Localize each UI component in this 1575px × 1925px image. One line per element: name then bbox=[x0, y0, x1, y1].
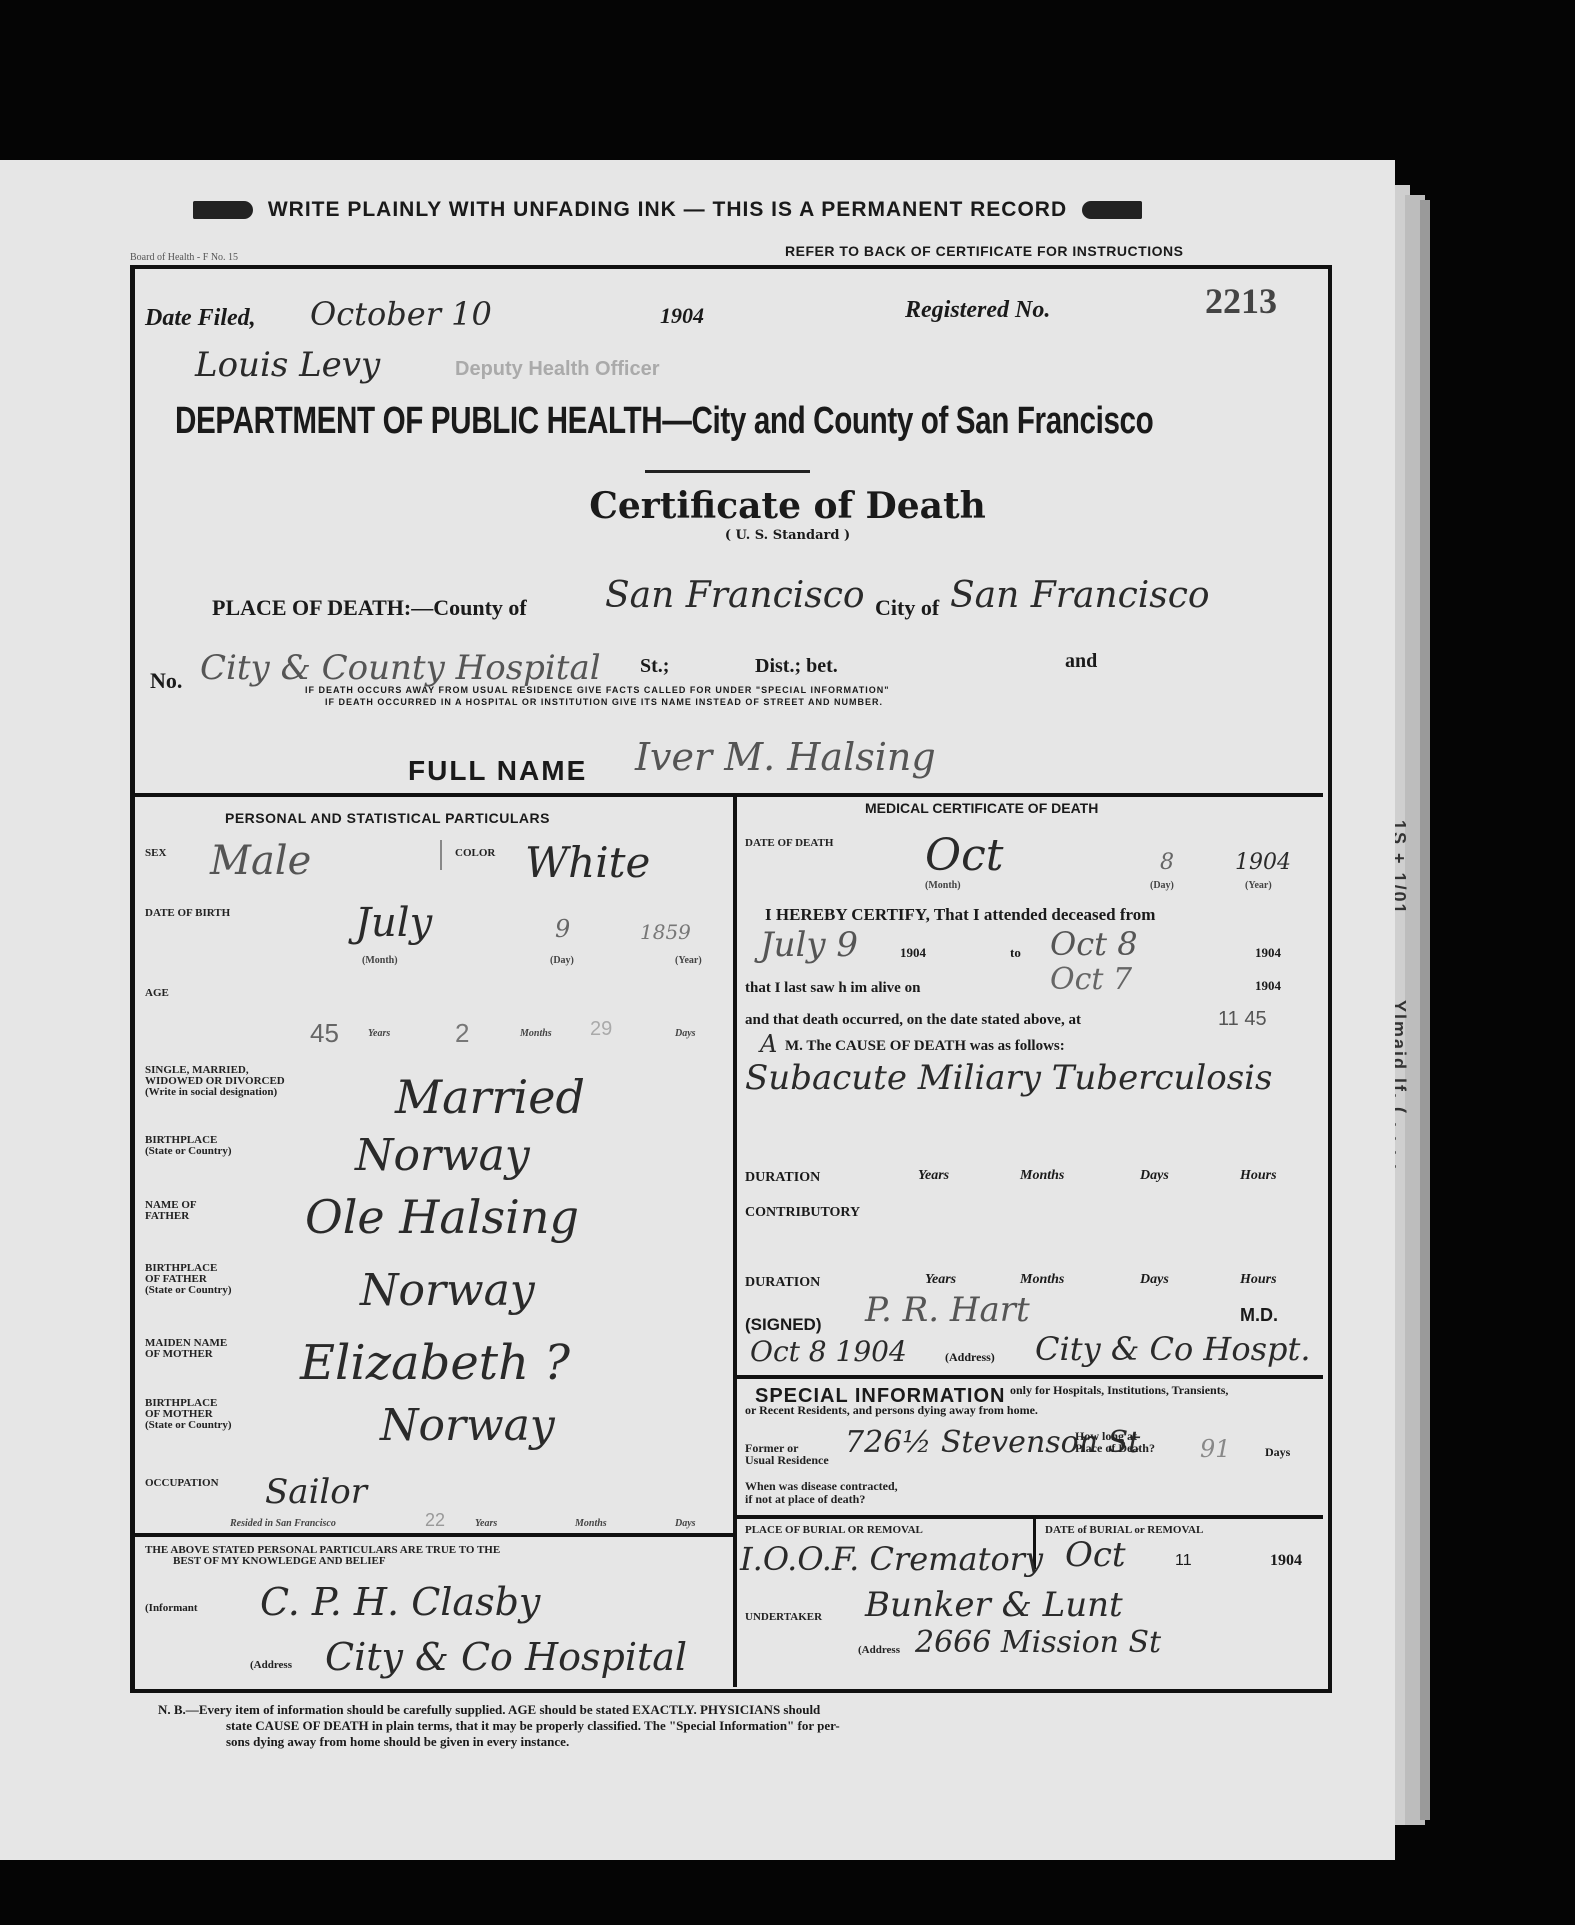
birthplace-label-line: (State or Country) bbox=[145, 1146, 232, 1157]
label-line: Place of Death? bbox=[1075, 1442, 1155, 1454]
duration-hours-label-2: Hours bbox=[1240, 1272, 1277, 1288]
physician-address-label: (Address) bbox=[945, 1350, 995, 1365]
attended-to-year: 1904 bbox=[1255, 945, 1281, 961]
burial-day: 11 bbox=[1175, 1552, 1192, 1570]
to-label: to bbox=[1010, 945, 1021, 961]
last-saw-text: that I last saw h im alive on bbox=[745, 980, 920, 997]
form-number: Board of Health - F No. 15 bbox=[130, 252, 238, 263]
mother-birthplace-label: BIRTHPLACE OF MOTHER (State or Country) bbox=[145, 1398, 232, 1431]
no-label: No. bbox=[150, 668, 182, 694]
pointing-hand-icon bbox=[193, 201, 253, 219]
st-label: St.; bbox=[640, 655, 669, 678]
footnote: N. B.—Every item of information should b… bbox=[158, 1702, 1228, 1750]
full-name-label: FULL NAME bbox=[408, 755, 587, 787]
age-years-label: Years bbox=[368, 1028, 390, 1039]
marital-value: Married bbox=[395, 1070, 585, 1124]
marital-label: SINGLE, MARRIED, WIDOWED OR DIVORCED (Wr… bbox=[145, 1065, 285, 1098]
sex-label: SEX bbox=[145, 848, 166, 859]
label-line: (State or Country) bbox=[145, 1285, 232, 1296]
physician-signature: P. R. Hart bbox=[865, 1290, 1030, 1330]
duration-years-label: Years bbox=[918, 1168, 949, 1184]
mother-value: Elizabeth ? bbox=[300, 1335, 570, 1391]
medical-heading: MEDICAL CERTIFICATE OF DEATH bbox=[865, 800, 1098, 816]
footnote-line: sons dying away from home should be give… bbox=[158, 1734, 1228, 1750]
informant-address-label: (Address bbox=[250, 1660, 292, 1671]
sex-value: Male bbox=[210, 838, 311, 884]
occupation-value: Sailor bbox=[265, 1472, 367, 1512]
section-divider bbox=[135, 793, 1323, 797]
mother-birthplace-value: Norway bbox=[380, 1400, 555, 1451]
officer-title: Deputy Health Officer bbox=[455, 358, 659, 381]
date-filed-month-day: October 10 bbox=[310, 295, 492, 333]
undertaker-label: UNDERTAKER bbox=[745, 1612, 822, 1623]
dob-label: DATE OF BIRTH bbox=[145, 908, 230, 919]
divider bbox=[645, 470, 810, 473]
death-time-text: and that death occurred, on the date sta… bbox=[745, 1012, 1081, 1029]
death-year-label: (Year) bbox=[1245, 880, 1272, 891]
dob-month-label: (Month) bbox=[362, 955, 398, 966]
informant-statement: THE ABOVE STATED PERSONAL PARTICULARS AR… bbox=[145, 1545, 500, 1567]
father-birthplace-label: BIRTHPLACE OF FATHER (State or Country) bbox=[145, 1263, 232, 1296]
informant-label: (Informant bbox=[145, 1603, 198, 1614]
city-label: City of bbox=[875, 595, 939, 621]
death-day: 8 bbox=[1160, 850, 1174, 875]
county-value: San Francisco bbox=[605, 575, 865, 616]
city-value: San Francisco bbox=[950, 575, 1210, 616]
resided-years: 22 bbox=[425, 1510, 445, 1531]
footnote-prefix: N. B.— bbox=[158, 1702, 199, 1717]
meridian: A bbox=[760, 1030, 777, 1058]
personal-heading: PERSONAL AND STATISTICAL PARTICULARS bbox=[225, 810, 550, 826]
special-heading-note: only for Hospitals, Institutions, Transi… bbox=[1010, 1383, 1228, 1398]
age-days-label: Days bbox=[675, 1028, 696, 1039]
informant-address: City & Co Hospital bbox=[325, 1635, 687, 1679]
duration-label: DURATION bbox=[745, 1170, 820, 1186]
footnote-line: N. B.—Every item of information should b… bbox=[158, 1702, 1228, 1718]
color-label: COLOR bbox=[455, 848, 495, 859]
banner-text: WRITE PLAINLY WITH UNFADING INK — THIS I… bbox=[268, 198, 1067, 221]
birthplace-value: Norway bbox=[355, 1130, 530, 1181]
duration-hours-label: Hours bbox=[1240, 1168, 1277, 1184]
signed-label: (SIGNED) bbox=[745, 1315, 822, 1335]
divider bbox=[135, 1533, 735, 1537]
duration-months-label: Months bbox=[1020, 1168, 1064, 1184]
footnote-text: Every item of information should be care… bbox=[199, 1702, 820, 1717]
certify-text: I HEREBY CERTIFY, That I attended deceas… bbox=[765, 905, 1155, 925]
age-years: 45 bbox=[310, 1018, 339, 1049]
instructions-note: REFER TO BACK OF CERTIFICATE FOR INSTRUC… bbox=[785, 243, 1183, 259]
resided-years-label: Years bbox=[475, 1518, 497, 1529]
full-name-value: Iver M. Halsing bbox=[635, 735, 936, 779]
dob-year: 1859 bbox=[640, 920, 691, 944]
burial-month: Oct bbox=[1065, 1535, 1126, 1575]
certificate-title: Certificate of Death bbox=[0, 485, 1575, 527]
resided-months-label: Months bbox=[575, 1518, 607, 1529]
dob-day: 9 bbox=[555, 915, 570, 943]
place-of-death-label: PLACE OF DEATH:—County of bbox=[212, 595, 527, 621]
last-saw-year: 1904 bbox=[1255, 978, 1281, 994]
undertaker-address: 2666 Mission St bbox=[915, 1625, 1161, 1660]
certificate-subtitle: ( U. S. Standard ) bbox=[0, 528, 1575, 543]
residence-label: Former or Usual Residence bbox=[745, 1442, 829, 1466]
age-days: 29 bbox=[590, 1018, 612, 1041]
signed-date: Oct 8 1904 bbox=[750, 1335, 907, 1368]
death-day-label: (Day) bbox=[1150, 880, 1174, 891]
attended-from: July 9 bbox=[760, 925, 858, 965]
mother-label: MAIDEN NAME OF MOTHER bbox=[145, 1338, 227, 1360]
footnote-line: state CAUSE OF DEATH in plain terms, tha… bbox=[158, 1718, 1228, 1734]
father-label: NAME OF FATHER bbox=[145, 1200, 197, 1222]
label-line: Usual Residence bbox=[745, 1454, 829, 1466]
cause-value: Subacute Miliary Tuberculosis bbox=[745, 1058, 1273, 1098]
father-label-line: FATHER bbox=[145, 1211, 197, 1222]
contracted-label: When was disease contracted, if not at p… bbox=[745, 1480, 898, 1506]
marital-label-line: (Write in social designation) bbox=[145, 1087, 285, 1098]
divider bbox=[440, 840, 442, 870]
label-line: if not at place of death? bbox=[745, 1493, 898, 1506]
burial-year: 1904 bbox=[1270, 1552, 1302, 1570]
resided-label: Resided in San Francisco bbox=[230, 1518, 336, 1529]
dob-day-label: (Day) bbox=[550, 955, 574, 966]
place-note-2: IF DEATH OCCURRED IN A HOSPITAL OR INSTI… bbox=[325, 697, 883, 707]
date-filed-label: Date Filed, bbox=[145, 305, 256, 332]
registered-label: Registered No. bbox=[905, 297, 1050, 324]
pointing-hand-icon bbox=[1082, 201, 1142, 219]
father-value: Ole Halsing bbox=[305, 1190, 579, 1244]
and-label: and bbox=[1065, 650, 1097, 673]
registered-number: 2213 bbox=[1205, 280, 1277, 322]
burial-place-label: PLACE OF BURIAL OR REMOVAL bbox=[745, 1525, 923, 1536]
how-long-label: How long at Place of Death? bbox=[1075, 1430, 1155, 1454]
color-value: White bbox=[525, 838, 650, 887]
physician-address: City & Co Hospt. bbox=[1035, 1330, 1311, 1368]
label-line: OF MOTHER bbox=[145, 1349, 227, 1360]
dob-month: July bbox=[355, 900, 432, 946]
divider bbox=[737, 1375, 1323, 1379]
informant-name: C. P. H. Clasby bbox=[260, 1580, 540, 1624]
undertaker-value: Bunker & Lunt bbox=[865, 1585, 1123, 1625]
cause-text: M. The CAUSE OF DEATH was as follows: bbox=[785, 1038, 1065, 1055]
burial-place-value: I.O.O.F. Crematory bbox=[740, 1540, 1043, 1578]
attended-from-year: 1904 bbox=[900, 945, 926, 961]
undertaker-address-label: (Address bbox=[858, 1645, 900, 1656]
banner-top: WRITE PLAINLY WITH UNFADING INK — THIS I… bbox=[185, 198, 1150, 222]
page-stack-edge bbox=[1420, 200, 1430, 1820]
dob-year-label: (Year) bbox=[675, 955, 702, 966]
age-months-label: Months bbox=[520, 1028, 552, 1039]
date-of-death-label: DATE OF DEATH bbox=[745, 838, 833, 849]
age-months: 2 bbox=[455, 1018, 469, 1049]
occupation-label: OCCUPATION bbox=[145, 1478, 219, 1489]
duration-label-2: DURATION bbox=[745, 1275, 820, 1291]
department-title: DEPARTMENT OF PUBLIC HEALTH—City and Cou… bbox=[175, 400, 1153, 443]
column-divider bbox=[733, 797, 737, 1687]
last-saw: Oct 7 bbox=[1050, 962, 1132, 997]
special-heading-note-2: or Recent Residents, and persons dying a… bbox=[745, 1403, 1038, 1418]
how-long-days-label: Days bbox=[1265, 1445, 1290, 1460]
duration-days-label-2: Days bbox=[1140, 1272, 1169, 1288]
age-label: AGE bbox=[145, 988, 169, 999]
place-note-1: IF DEATH OCCURS AWAY FROM USUAL RESIDENC… bbox=[305, 685, 890, 695]
how-long-value: 91 bbox=[1200, 1435, 1231, 1463]
md-label: M.D. bbox=[1240, 1305, 1278, 1326]
institution-value: City & County Hospital bbox=[200, 648, 601, 688]
duration-months-label-2: Months bbox=[1020, 1272, 1064, 1288]
birthplace-label: BIRTHPLACE (State or Country) bbox=[145, 1135, 232, 1157]
death-month-label: (Month) bbox=[925, 880, 961, 891]
divider bbox=[737, 1515, 1323, 1519]
label-line: (State or Country) bbox=[145, 1420, 232, 1431]
statement-line: BEST OF MY KNOWLEDGE AND BELIEF bbox=[145, 1556, 500, 1567]
duration-years-label-2: Years bbox=[925, 1272, 956, 1288]
death-time: 11 45 bbox=[1218, 1008, 1267, 1031]
resided-days-label: Days bbox=[675, 1518, 696, 1529]
attended-to: Oct 8 bbox=[1050, 925, 1138, 963]
father-birthplace-value: Norway bbox=[360, 1265, 535, 1316]
duration-days-label: Days bbox=[1140, 1168, 1169, 1184]
contributory-label: CONTRIBUTORY bbox=[745, 1205, 860, 1221]
date-filed-year: 1904 bbox=[660, 303, 704, 329]
officer-signature: Louis Levy bbox=[195, 345, 380, 385]
death-year: 1904 bbox=[1235, 850, 1291, 875]
dist-label: Dist.; bet. bbox=[755, 655, 838, 678]
death-month: Oct bbox=[925, 830, 1003, 881]
